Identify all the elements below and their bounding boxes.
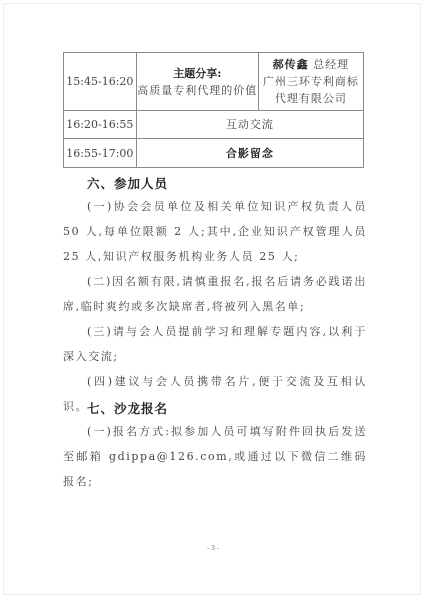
paragraph: (一)协会会员单位及相关单位知识产权负责人员 50 人,每单位限额 2 人;其中… (63, 194, 367, 269)
table-row: 15:45-16:20 主题分享: 高质量专利代理的价值 郝传鑫 总经理 广州三… (64, 53, 364, 111)
schedule-table: 15:45-16:20 主题分享: 高质量专利代理的价值 郝传鑫 总经理 广州三… (63, 52, 364, 168)
table-row: 16:55-17:00 合影留念 (64, 139, 364, 168)
speaker-name: 郝传鑫 (273, 58, 309, 71)
topic-cell: 主题分享: 高质量专利代理的价值 (136, 53, 258, 111)
time-cell: 16:20-16:55 (64, 111, 137, 139)
speaker-title: 总经理 (313, 58, 349, 71)
table-row: 16:20-16:55 互动交流 (64, 111, 364, 139)
paragraph: (三)请与会人员提前学习和理解专题内容,以利于深入交流; (63, 319, 367, 369)
paragraph: (一)报名方式:拟参加人员可填写附件回执后发送至邮箱 gdippa@126.co… (63, 419, 367, 494)
paragraph: (二)因名额有限,请慎重报名,报名后请务必践诺出席,临时爽约或多次缺席者,将被列… (63, 269, 367, 319)
page-number: - 3 - (0, 545, 426, 552)
topic-title: 主题分享: (137, 65, 258, 82)
time-cell: 15:45-16:20 (64, 53, 137, 111)
speaker-org-line1: 广州三环专利商标 (259, 73, 363, 90)
topic-subtitle: 高质量专利代理的价值 (137, 82, 258, 99)
activity-cell: 合影留念 (136, 139, 363, 168)
section-heading-registration: 七、沙龙报名 (87, 399, 168, 417)
speaker-org-line2: 代理有限公司 (259, 90, 363, 107)
speaker-cell: 郝传鑫 总经理 广州三环专利商标 代理有限公司 (258, 53, 363, 111)
activity-cell: 互动交流 (136, 111, 363, 139)
section-heading-participants: 六、参加人员 (87, 174, 168, 192)
time-cell: 16:55-17:00 (64, 139, 137, 168)
